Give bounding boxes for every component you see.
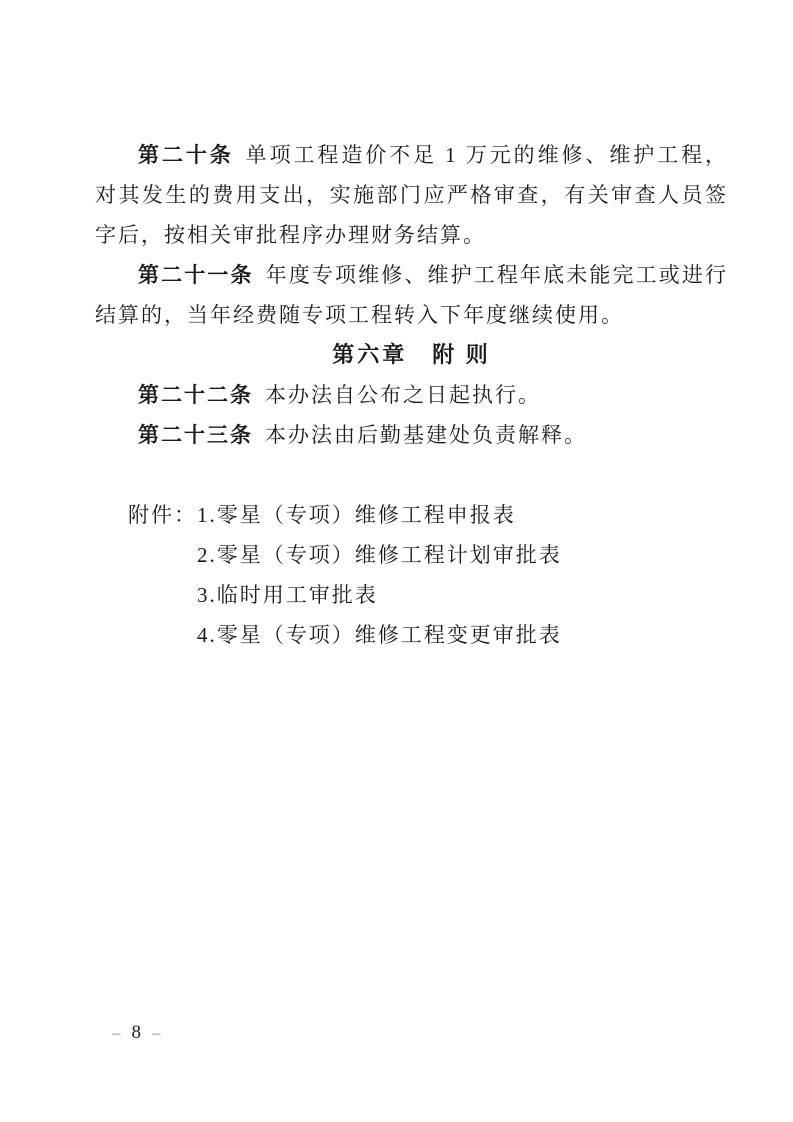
article-number: 第二十一条: [138, 263, 254, 287]
document-page: 第二十条单项工程造价不足 1 万元的维修、维护工程，对其发生的费用支出，实施部门…: [0, 0, 793, 1122]
article-text: 本办法由后勤基建处负责解释。: [265, 423, 587, 447]
attachments-block: 附件： 1.零星（专项）维修工程申报表 2.零星（专项）维修工程计划审批表 3.…: [128, 495, 728, 655]
article-paragraph-20: 第二十条单项工程造价不足 1 万元的维修、维护工程，对其发生的费用支出，实施部门…: [95, 135, 728, 255]
page-number-dash-right: –: [152, 1018, 161, 1048]
document-body: 第二十条单项工程造价不足 1 万元的维修、维护工程，对其发生的费用支出，实施部门…: [95, 135, 728, 655]
page-number-value: 8: [132, 1018, 142, 1048]
chapter-heading: 第六章 附 则: [95, 335, 728, 375]
article-number: 第二十二条: [138, 383, 253, 407]
article-paragraph-21: 第二十一条年度专项维修、维护工程年底未能完工或进行结算的，当年经费随专项工程转入…: [95, 255, 728, 335]
article-number: 第二十条: [138, 143, 234, 167]
article-text: 本办法自公布之日起执行。: [265, 383, 541, 407]
attachment-item: 3.临时用工审批表: [197, 575, 728, 615]
attachment-item: 2.零星（专项）维修工程计划审批表: [197, 535, 728, 575]
attachment-item: 4.零星（专项）维修工程变更审批表: [197, 615, 728, 655]
article-paragraph-23: 第二十三条本办法由后勤基建处负责解释。: [95, 415, 728, 455]
attachment-item: 1.零星（专项）维修工程申报表: [197, 495, 728, 535]
article-paragraph-22: 第二十二条本办法自公布之日起执行。: [95, 375, 728, 415]
attachments-list: 1.零星（专项）维修工程申报表 2.零星（专项）维修工程计划审批表 3.临时用工…: [197, 495, 728, 655]
article-number: 第二十三条: [138, 423, 253, 447]
page-number: – 8 –: [112, 1018, 161, 1048]
attachments-label: 附件：: [128, 495, 197, 535]
page-number-dash-left: –: [112, 1018, 121, 1048]
